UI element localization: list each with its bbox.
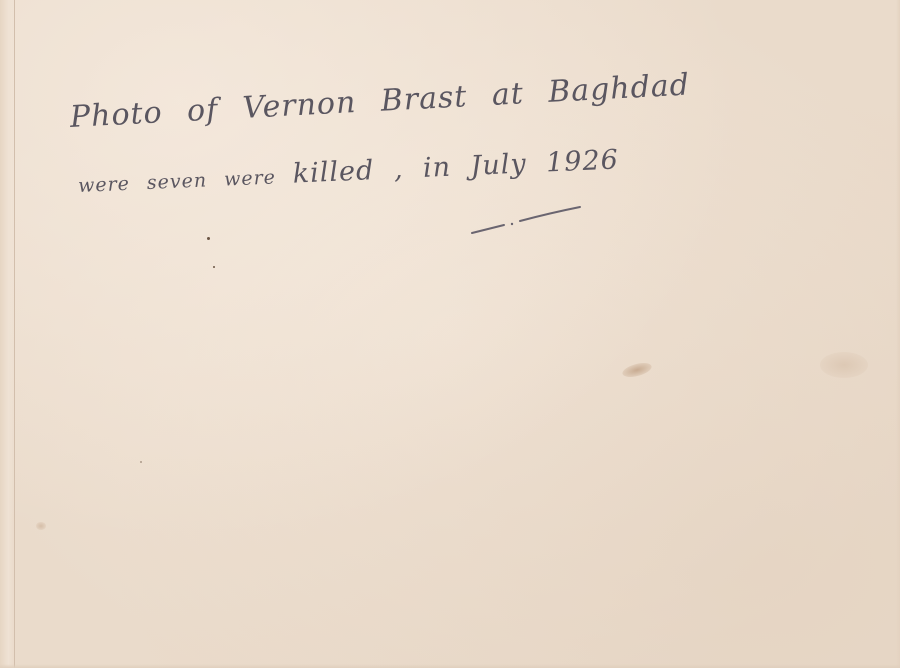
page-left-fold — [0, 0, 15, 668]
ink-speck — [207, 237, 210, 240]
handwritten-caption-line-1: Photo of Vernon Brast at Baghdad — [69, 68, 691, 135]
stain-mark — [621, 360, 653, 379]
page-right-edge — [896, 0, 900, 668]
album-page: Photo of Vernon Brast at Baghdad were se… — [0, 0, 900, 668]
caption-line-2-part-1: were seven were — [78, 166, 277, 197]
handwritten-caption-line-2: were seven were killed , in July 1926 — [77, 144, 619, 199]
pen-flourish-underline — [470, 205, 590, 239]
page-bottom-edge — [0, 664, 900, 668]
ink-speck — [213, 266, 215, 268]
caption-line-2-part-2: killed , in July 1926 — [292, 144, 619, 189]
stain-mark — [36, 522, 46, 530]
stain-mark — [820, 352, 868, 378]
ink-speck — [140, 461, 142, 463]
